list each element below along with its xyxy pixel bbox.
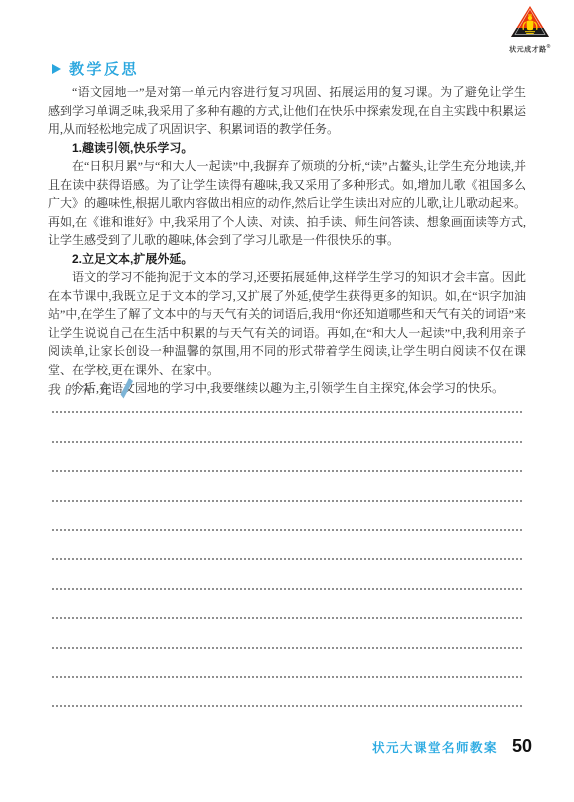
note-line bbox=[52, 472, 522, 501]
note-line bbox=[52, 560, 522, 589]
note-line bbox=[52, 413, 522, 442]
paragraph-fun-reading: 在“日积月累”与“和大人一起读”中,我摒弃了烦琐的分析,“读”占鳌头,让学生充分… bbox=[48, 157, 526, 250]
note-lines bbox=[52, 384, 522, 707]
section-title: 教学反思 bbox=[69, 58, 139, 79]
reflection-text: “语文园地一”是对第一单元内容进行复习巩固、拓展运用的复习课。为了避免让学生感到… bbox=[48, 83, 526, 398]
subheading-fun-reading: 1.趣读引领,快乐学习。 bbox=[48, 139, 526, 158]
paragraph-intro: “语文园地一”是对第一单元内容进行复习巩固、拓展运用的复习课。为了避免让学生感到… bbox=[48, 83, 526, 139]
page-number: 50 bbox=[512, 736, 532, 757]
note-line bbox=[52, 502, 522, 531]
note-line bbox=[52, 443, 522, 472]
note-line bbox=[52, 619, 522, 648]
note-line bbox=[52, 590, 522, 619]
brand-triangle-icon bbox=[511, 6, 549, 37]
note-line bbox=[52, 384, 522, 413]
note-line bbox=[52, 531, 522, 560]
footer-brand: 状元大课堂名师教案 bbox=[372, 738, 498, 756]
brand-logo-text: 状元成才路® bbox=[504, 44, 556, 54]
subheading-text-extension: 2.立足文本,扩展外延。 bbox=[48, 250, 526, 269]
section-header: 教学反思 bbox=[52, 58, 139, 79]
note-line bbox=[52, 678, 522, 707]
registered-mark: ® bbox=[547, 44, 551, 50]
section-marker-icon bbox=[52, 64, 61, 74]
paragraph-text-extension: 语文的学习不能拘泥于文本的学习,还要拓展延伸,这样学生学习的知识才会丰富。因此在… bbox=[48, 268, 526, 379]
brand-logo: 状元成才路® bbox=[504, 6, 556, 54]
document-page: 状元成才路® 教学反思 “语文园地一”是对第一单元内容进行复习巩固、拓展运用的复… bbox=[0, 0, 574, 802]
page-footer: 状元大课堂名师教案 50 bbox=[372, 736, 532, 757]
note-line bbox=[52, 649, 522, 678]
